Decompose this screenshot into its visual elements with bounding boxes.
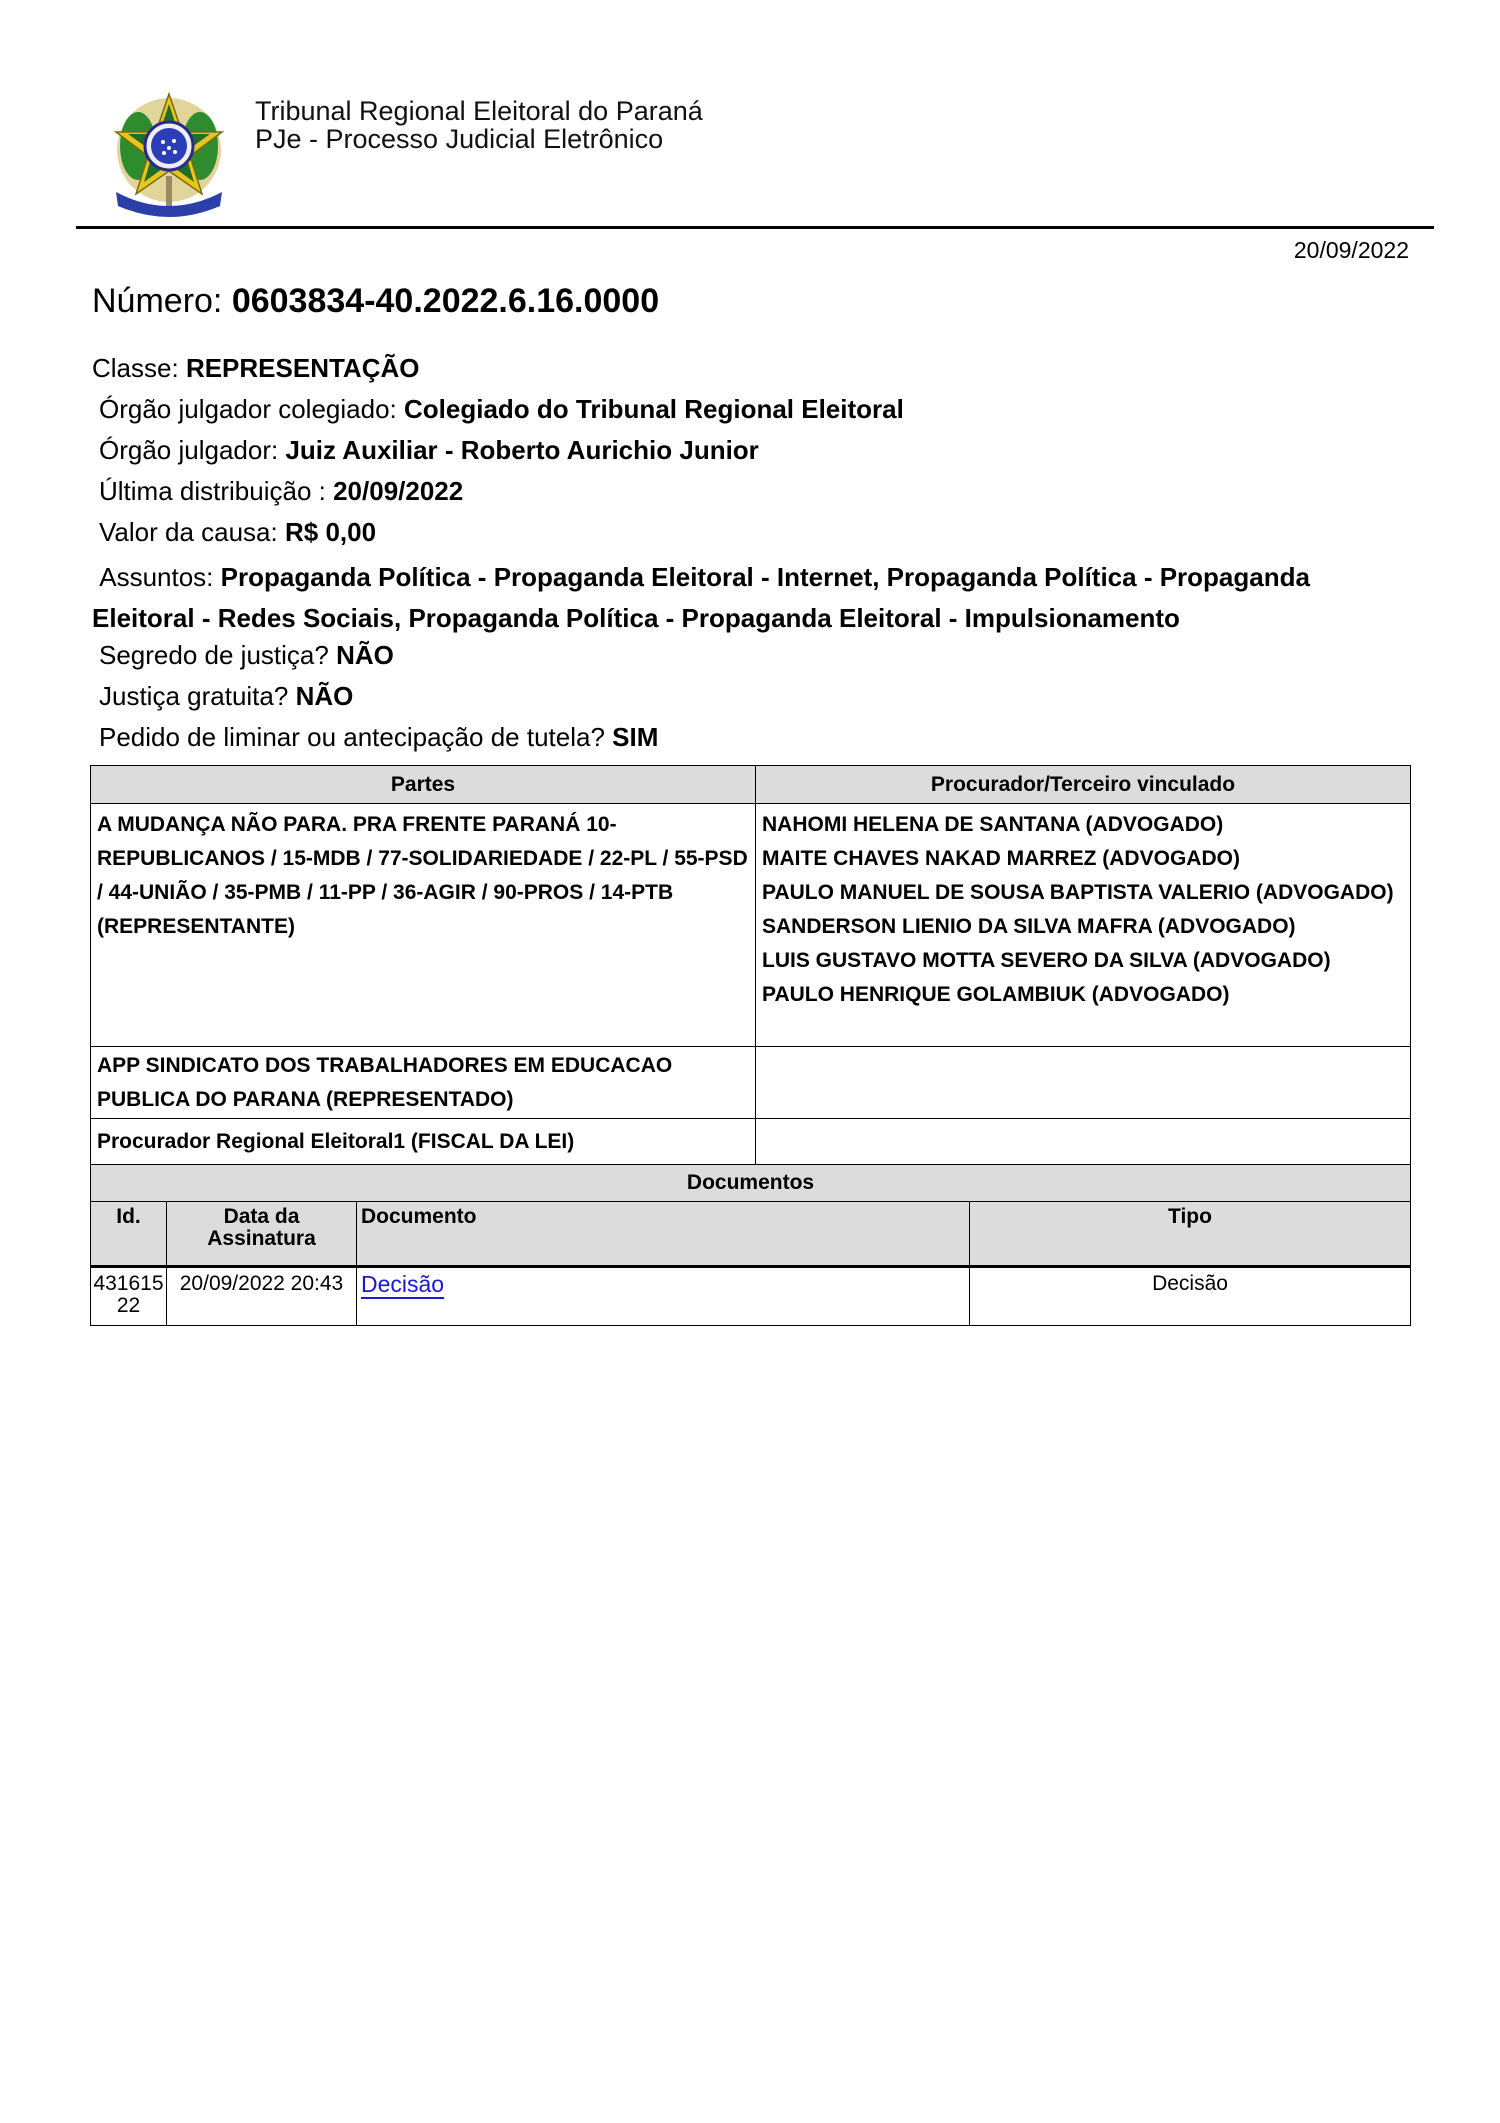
table-header-row: Id. Data da Assinatura Documento Tipo: [91, 1202, 1411, 1267]
column-header-partes: Partes: [91, 766, 756, 804]
table-row: APP SINDICATO DOS TRABALHADORES EM EDUCA…: [91, 1047, 1411, 1119]
field-value: NÃO: [296, 681, 354, 711]
procurador-item: LUIS GUSTAVO MOTTA SEVERO DA SILVA (ADVO…: [762, 944, 1404, 978]
field-label: Última distribuição :: [99, 476, 326, 506]
system-name: PJe - Processo Judicial Eletrônico: [255, 125, 703, 153]
field-label: Classe:: [92, 353, 179, 383]
field-label: Justiça gratuita?: [99, 681, 288, 711]
header-divider: [76, 226, 1434, 229]
field-value: Propaganda Política - Propaganda Eleitor…: [92, 562, 1310, 633]
column-header-tipo: Tipo: [970, 1202, 1411, 1267]
field-value: SIM: [612, 722, 658, 752]
field-label: Assuntos:: [99, 562, 213, 592]
column-header-id: Id.: [91, 1202, 167, 1267]
field-segredo-justica: Segredo de justiça? NÃO: [99, 640, 394, 670]
field-orgao-julgador: Órgão julgador: Juiz Auxiliar - Roberto …: [99, 435, 759, 465]
field-value: REPRESENTAÇÃO: [186, 353, 420, 383]
field-value: R$ 0,00: [285, 517, 376, 547]
parte-cell: APP SINDICATO DOS TRABALHADORES EM EDUCA…: [91, 1047, 756, 1119]
field-label: Órgão julgador:: [99, 435, 278, 465]
document-link[interactable]: Decisão: [361, 1271, 444, 1297]
field-pedido-liminar: Pedido de liminar ou antecipação de tute…: [99, 722, 658, 752]
documentos-title: Documentos: [91, 1165, 1411, 1202]
field-label: Valor da causa:: [99, 517, 278, 547]
procurador-item: SANDERSON LIENIO DA SILVA MAFRA (ADVOGAD…: [762, 910, 1404, 944]
field-justica-gratuita: Justiça gratuita? NÃO: [99, 681, 353, 711]
column-header-documento: Documento: [357, 1202, 970, 1267]
table-row: A MUDANÇA NÃO PARA. PRA FRENTE PARANÁ 10…: [91, 804, 1411, 1047]
brazil-coat-of-arms-icon: [108, 88, 230, 222]
procuradores-cell: NAHOMI HELENA DE SANTANA (ADVOGADO) MAIT…: [756, 804, 1411, 1047]
field-assuntos: Assuntos: Propaganda Política - Propagan…: [92, 557, 1412, 639]
process-number-label: Número:: [92, 282, 222, 320]
field-ultima-distribuicao: Última distribuição : 20/09/2022: [99, 476, 463, 506]
column-header-data: Data da Assinatura: [167, 1202, 357, 1267]
partes-table: Partes Procurador/Terceiro vinculado A M…: [90, 765, 1411, 1166]
document-signature-date: 20/09/2022 20:43: [167, 1267, 357, 1326]
field-label: Pedido de liminar ou antecipação de tute…: [99, 722, 605, 752]
column-header-procurador: Procurador/Terceiro vinculado: [756, 766, 1411, 804]
field-orgao-colegiado: Órgão julgador colegiado: Colegiado do T…: [99, 394, 904, 424]
document-cell: Decisão: [357, 1267, 970, 1326]
procurador-item: NAHOMI HELENA DE SANTANA (ADVOGADO): [762, 808, 1404, 842]
table-row: Procurador Regional Eleitoral1 (FISCAL D…: [91, 1119, 1411, 1166]
parte-cell: Procurador Regional Eleitoral1 (FISCAL D…: [91, 1119, 756, 1166]
field-value: 20/09/2022: [333, 476, 463, 506]
field-value: Juiz Auxiliar - Roberto Aurichio Junior: [285, 435, 758, 465]
table-title-row: Documentos: [91, 1165, 1411, 1202]
field-value: Colegiado do Tribunal Regional Eleitoral: [404, 394, 904, 424]
parte-cell: A MUDANÇA NÃO PARA. PRA FRENTE PARANÁ 10…: [91, 804, 756, 1047]
procuradores-cell: [756, 1047, 1411, 1119]
table-row: 43161522 20/09/2022 20:43 Decisão Decisã…: [91, 1267, 1411, 1326]
documentos-table: Documentos Id. Data da Assinatura Docume…: [90, 1164, 1411, 1326]
process-number-value: 0603834-40.2022.6.16.0000: [232, 282, 659, 320]
court-name: Tribunal Regional Eleitoral do Paraná: [255, 97, 703, 125]
field-classe: Classe: REPRESENTAÇÃO: [92, 353, 419, 383]
process-number: Número: 0603834-40.2022.6.16.0000: [92, 281, 659, 321]
procurador-item: MAITE CHAVES NAKAD MARREZ (ADVOGADO): [762, 842, 1404, 876]
field-valor-causa: Valor da causa: R$ 0,00: [99, 517, 376, 547]
document-type: Decisão: [970, 1267, 1411, 1326]
procuradores-cell: [756, 1119, 1411, 1166]
header-title: Tribunal Regional Eleitoral do Paraná PJ…: [255, 97, 703, 153]
document-id: 43161522: [91, 1267, 167, 1326]
procurador-item: PAULO MANUEL DE SOUSA BAPTISTA VALERIO (…: [762, 876, 1404, 910]
field-value: NÃO: [336, 640, 394, 670]
document-date: 20/09/2022: [1294, 237, 1409, 263]
procurador-item: PAULO HENRIQUE GOLAMBIUK (ADVOGADO): [762, 978, 1404, 1012]
field-label: Segredo de justiça?: [99, 640, 329, 670]
field-label: Órgão julgador colegiado:: [99, 394, 397, 424]
table-header-row: Partes Procurador/Terceiro vinculado: [91, 766, 1411, 804]
